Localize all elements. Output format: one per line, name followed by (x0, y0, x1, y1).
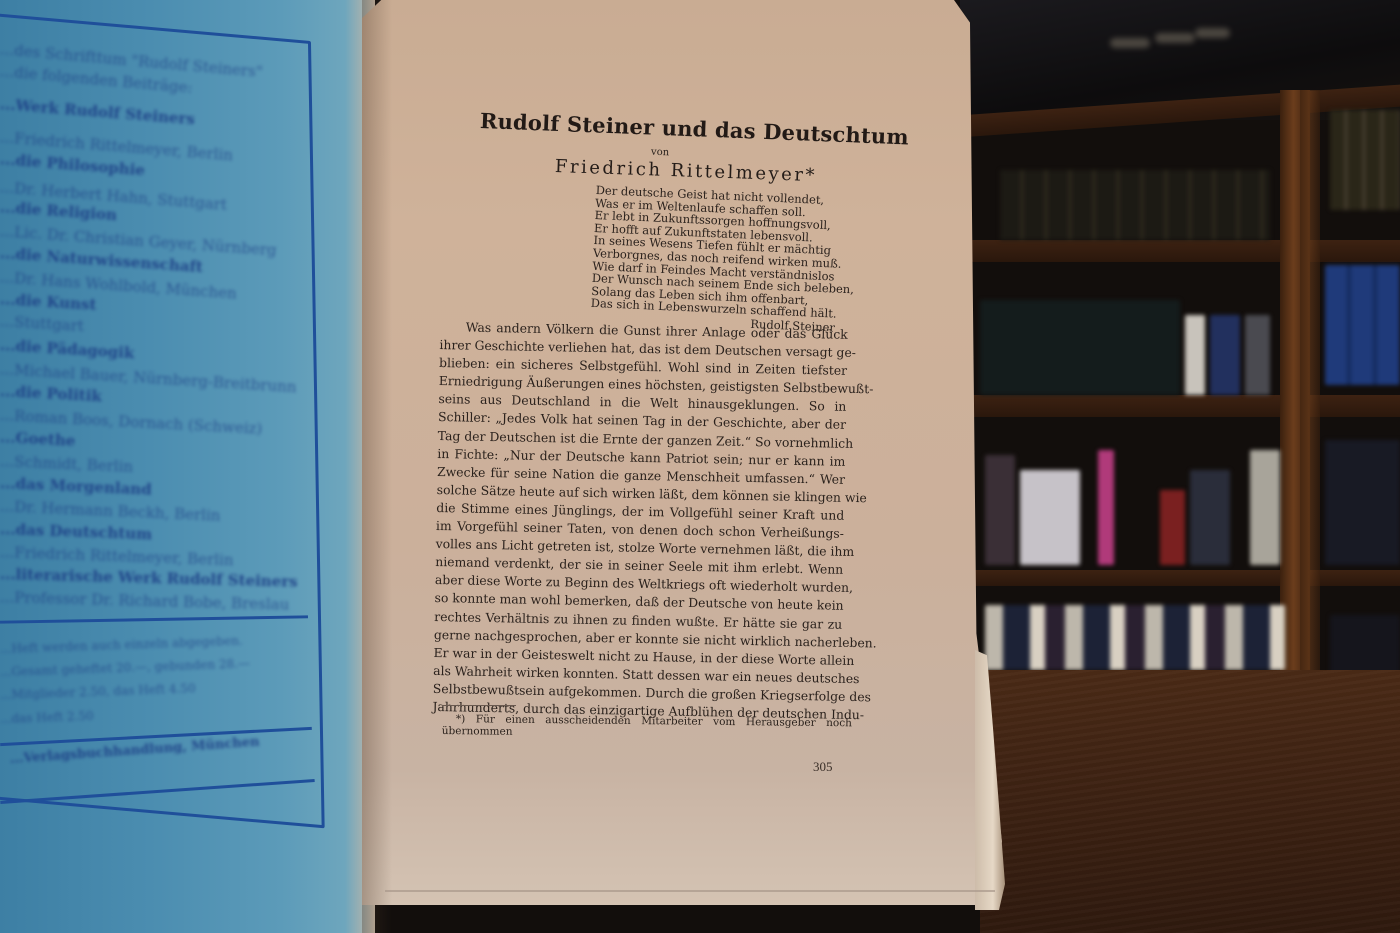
book-spine (1020, 470, 1080, 565)
book-spine (985, 455, 1015, 565)
ceiling-light (1110, 38, 1150, 48)
footnote: *) Für einen ausscheidenden Mitarbeiter … (442, 713, 852, 741)
book-row (985, 605, 1285, 670)
book-spine (1185, 315, 1205, 395)
page-number: 305 (813, 759, 833, 775)
footnote-line: übernommen (442, 725, 513, 738)
book-spine (1250, 450, 1280, 565)
wooden-table (980, 670, 1400, 933)
epigraph: Der deutsche Geist hat nicht vollendet, … (590, 184, 841, 334)
book-spine (1210, 315, 1240, 395)
book-spine (1245, 315, 1270, 395)
page-gutter-shadow (362, 0, 392, 933)
shelf-post (1300, 90, 1320, 710)
book-spine (1098, 450, 1114, 565)
book-row (1330, 615, 1400, 675)
book-spine (1190, 470, 1230, 565)
ceiling-light (1195, 28, 1230, 38)
shelf-board (960, 240, 1400, 262)
book-row (980, 300, 1180, 395)
page-fold-line (385, 890, 995, 892)
book-row (1330, 110, 1400, 210)
byline-prefix: von (651, 147, 669, 159)
book-spine (1160, 490, 1185, 565)
book-row (1000, 170, 1270, 240)
book-row (1325, 265, 1400, 385)
article-body: Was andern Völkern die Gunst ihrer Anlag… (432, 318, 848, 724)
shelf-board (960, 570, 1400, 586)
left-blue-page: ...des Schrifttum "Rudolf Steiners" ...d… (0, 0, 375, 933)
book-row (1325, 440, 1400, 565)
ceiling-light (1155, 33, 1195, 43)
shelf-board (960, 395, 1400, 417)
blue-page-line: ...Goethe (0, 428, 76, 450)
footnote-rule (442, 705, 516, 706)
